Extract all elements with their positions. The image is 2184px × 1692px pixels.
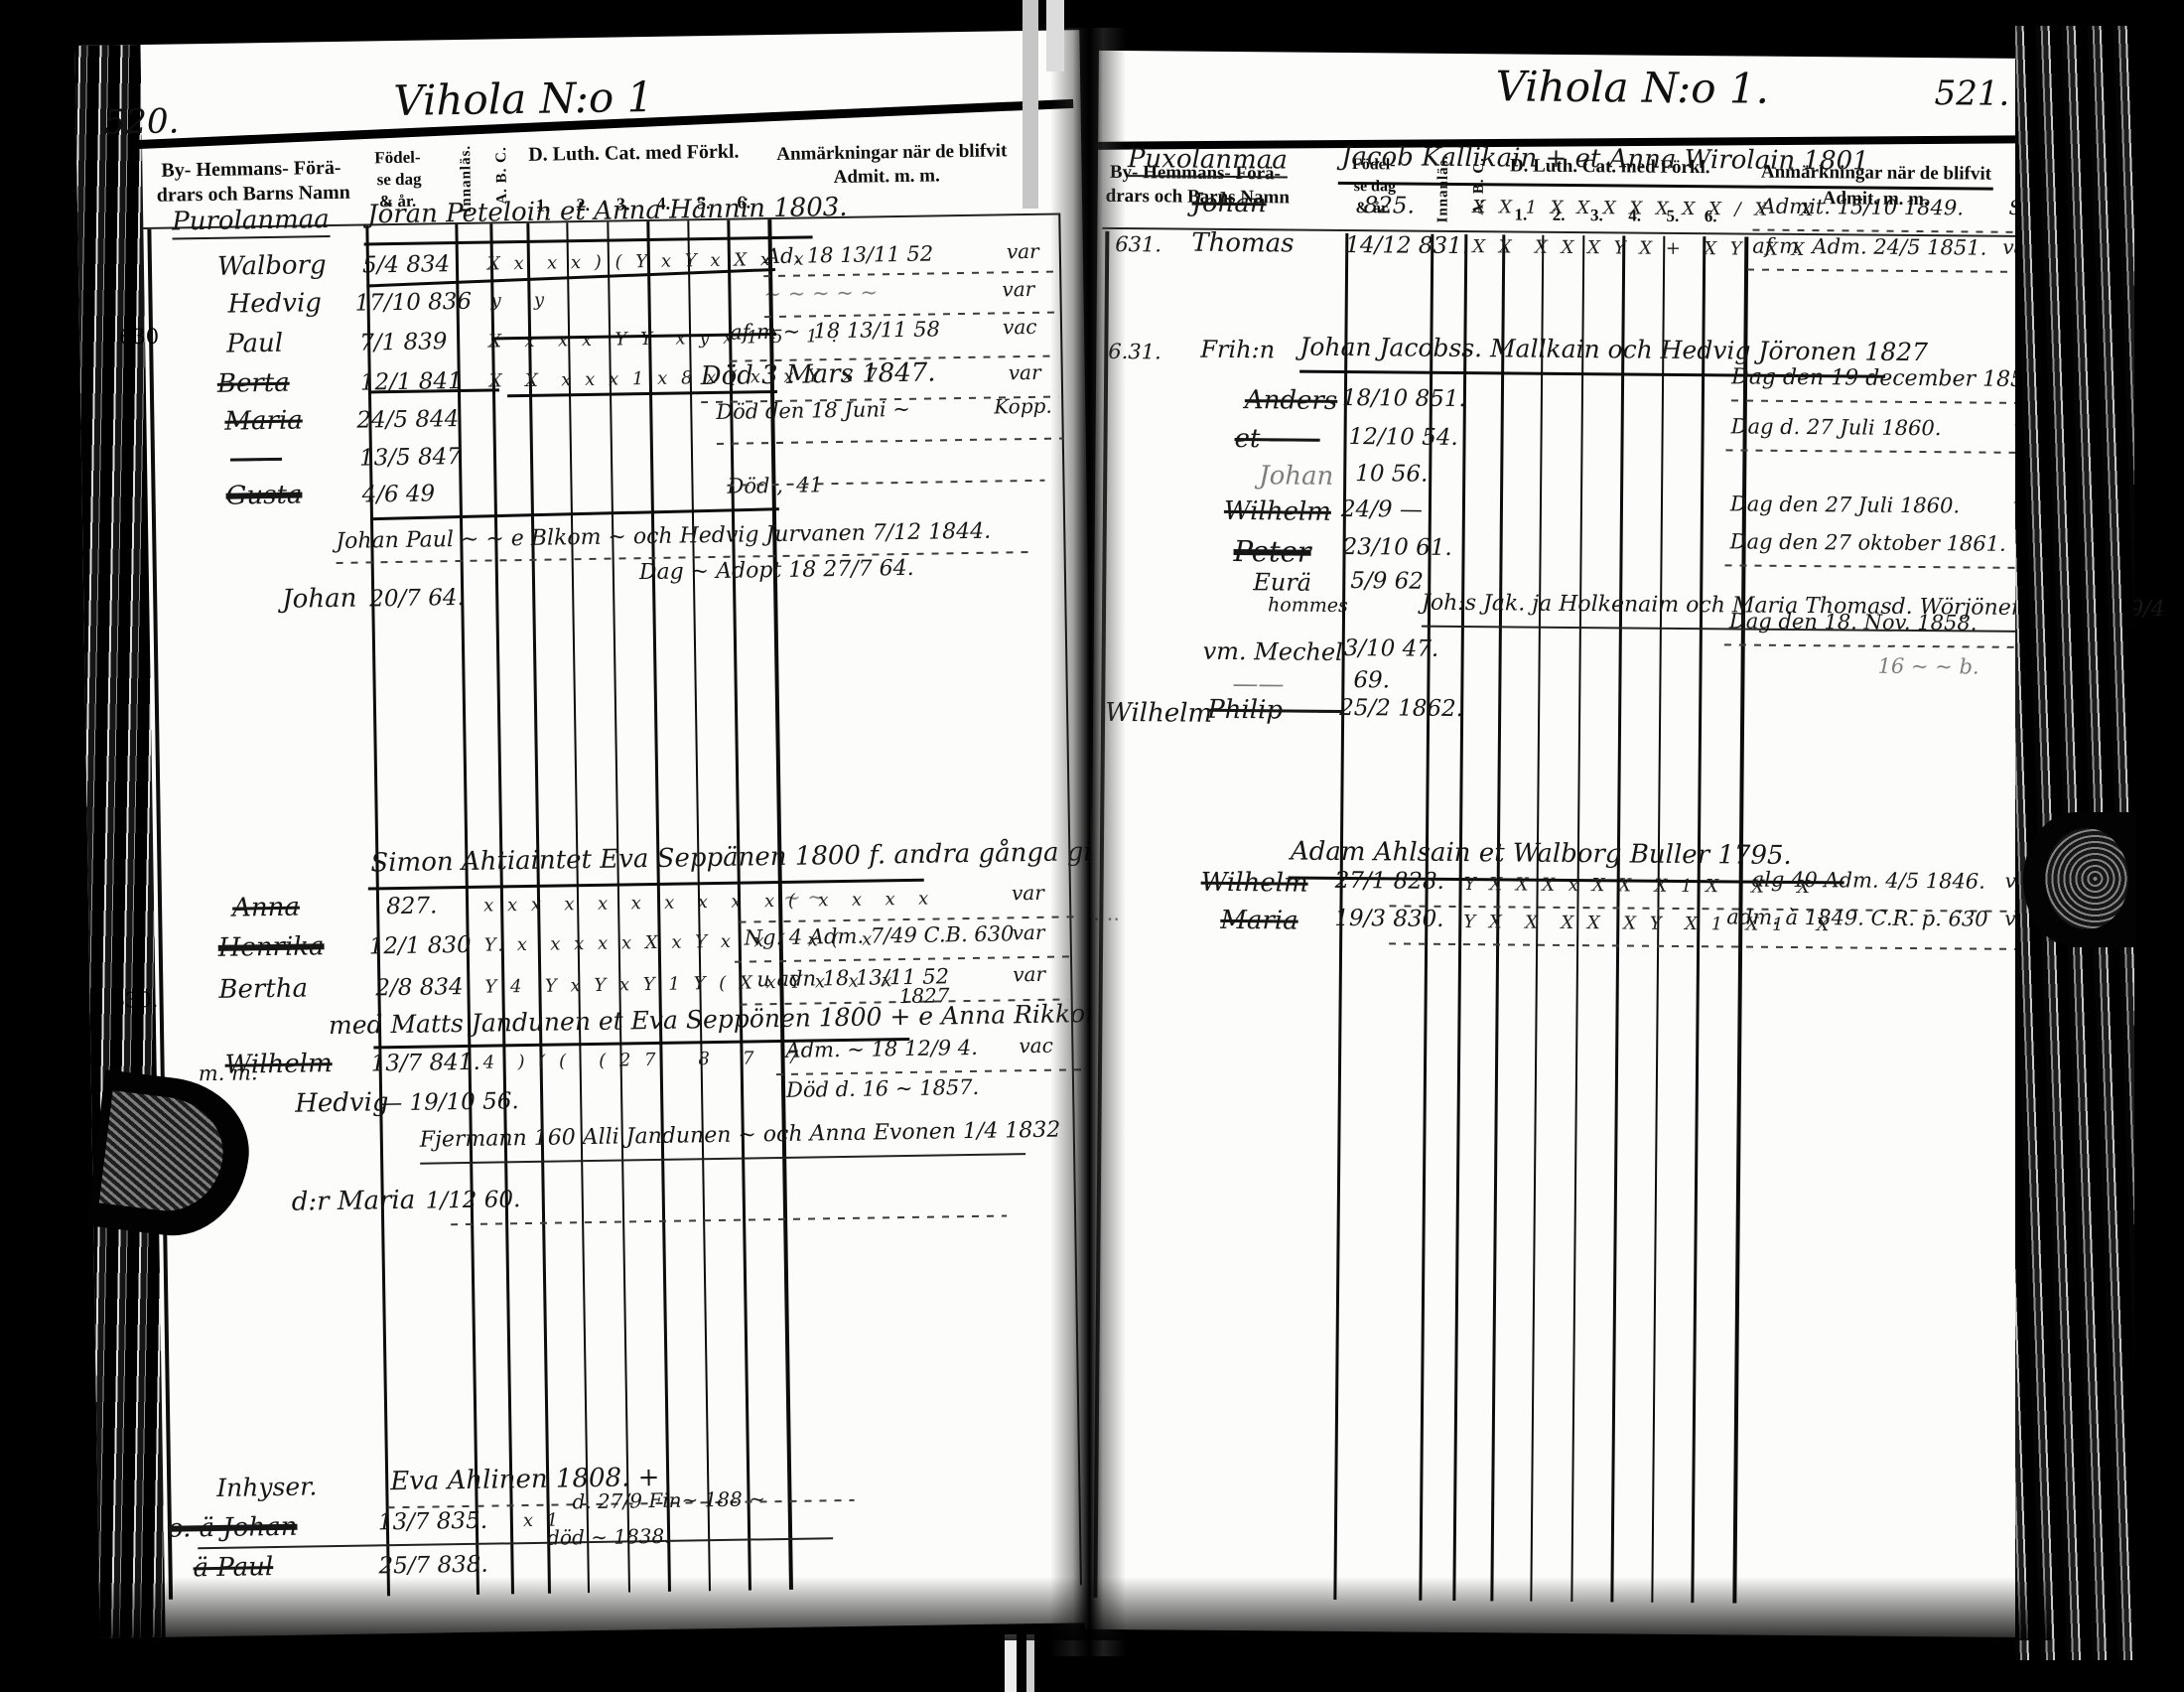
person-name: d:r Maria <box>292 1188 416 1216</box>
thumb-texture <box>99 1090 229 1217</box>
birth-date: 3/10 47. <box>1344 636 1439 661</box>
family-head: Johan Jacobss. Mallkain och Hedvig Jöron… <box>1299 335 1928 366</box>
bookmark-ribbon <box>1026 1634 1034 1692</box>
family-head: Simon Ahtiaintet Eva Seppänen 1800 f. an… <box>370 839 1120 878</box>
remark: Död 3 Mars 1847. <box>701 359 936 390</box>
person-name: Eurä <box>1253 570 1311 596</box>
catechism-marks: x x x x x x x x x x ( x x x x <box>483 891 932 916</box>
remark-flag: var <box>1002 279 1034 301</box>
remark-flag: var <box>1007 241 1039 263</box>
person-name: Thomas <box>1191 230 1294 258</box>
person-name: Anders <box>1245 387 1338 415</box>
right-page: Vihola N:o 1. 521. By- Hemmans- Förä- dr… <box>1085 51 2057 1637</box>
person-name: Hedvig <box>227 290 322 319</box>
remark-flag: var <box>1009 362 1041 384</box>
remark-flag: Kopp. <box>994 396 1052 418</box>
remark-flag: var <box>1013 964 1045 986</box>
remark: ~ ~ <box>783 886 825 909</box>
remark-rule <box>451 1214 1007 1225</box>
person-name: Maria <box>1220 908 1298 935</box>
birth-date: 23/10 61. <box>1342 535 1451 560</box>
margin-number: 630 <box>119 325 159 350</box>
birth-date: 14/12 831. <box>1345 233 1469 258</box>
birth-date: 4/6 49 <box>361 482 435 506</box>
note-line: Fjermann 160 Alli Jandunen ~ och Anna Ev… <box>420 1119 1061 1152</box>
birth-date: 825. <box>1363 194 1414 218</box>
person-name: Johan <box>1259 463 1333 491</box>
remark: af m ~ 18 13/11 58 <box>730 318 940 343</box>
birth-date: 25/7 838. <box>378 1553 488 1579</box>
col-header-abc: A. B. C. <box>493 146 511 205</box>
remark: Dag den 27 Juli 1860. <box>1730 493 1960 516</box>
remark: Admit. 15/10 1849. <box>1761 196 1965 219</box>
birth-date: 2/8 834 <box>375 975 464 1001</box>
family-head: Adam Ahlsain et Walborg Buller 1795. <box>1291 839 1792 871</box>
bookmark-ribbon <box>1046 0 1064 71</box>
birth-date: 20/7 64. <box>369 586 465 612</box>
bookmark-ribbon <box>1023 0 1038 209</box>
person-name: —— <box>230 446 282 474</box>
remark-rule <box>1747 269 2045 274</box>
remark: adm. à 1849. C.R. p. 630 <box>1726 906 1987 929</box>
family-subhead: med Matts Jandunen et Eva Seppönen 1800 … <box>329 1000 1133 1039</box>
person-name: Bertha <box>218 975 308 1004</box>
person-name: Wilhelm <box>1224 498 1331 526</box>
gutter-shadow <box>1050 28 1126 1656</box>
remark: d. 27/9 Fin~ 188 ~ <box>572 1488 765 1512</box>
col-header-names: By- Hemmans- Förä- <box>161 157 341 183</box>
person-name: Johan <box>282 586 356 614</box>
head-underline <box>364 235 813 245</box>
note-line: Johan Paul ~ ~ e Blkom ~ och Hedvig Jurv… <box>336 520 991 553</box>
col-header-birth: Födel- <box>374 148 421 169</box>
remark-rule <box>1731 399 2059 404</box>
birth-date: 25/2 1862. <box>1339 696 1463 721</box>
remark-flag: var <box>1012 883 1044 905</box>
head-underline <box>368 879 924 891</box>
birth-date: 827. <box>386 894 438 918</box>
family-place: Purolanmaa <box>172 207 330 240</box>
birth-date: — 19/10 56. <box>379 1089 519 1115</box>
remark: Ad. 18 13/11 52 <box>765 242 934 267</box>
note-rule <box>420 1153 1025 1165</box>
col-header-remarks: Admit. m. m. <box>833 165 939 189</box>
remark: Dag den 18. Nov. 1858. <box>1729 610 1978 634</box>
person-name: Philip —— <box>1207 697 1342 725</box>
margin-number: 630. <box>111 988 158 1013</box>
family-place: Inhyser. <box>216 1474 317 1501</box>
person-name: Gusta <box>225 483 302 511</box>
remark: Dag den 19 december 1851. <box>1731 365 2045 391</box>
scanned-register-spread: 520. Vihola N:o 1 By- Hemmans- Förä- dra… <box>0 0 2184 1692</box>
person-name: Wilhelm <box>1201 870 1308 898</box>
col-header-remarks: Anmärkningar när de blifvit <box>776 140 1007 166</box>
birth-date: 13/5 847 <box>359 445 462 471</box>
birth-date: 13/7 835. <box>378 1509 488 1535</box>
person-name: Walborg <box>217 252 327 281</box>
family-place: Puxolanmaa <box>1128 146 1288 179</box>
page-number: 521. <box>1934 73 2009 114</box>
remark: Adm. ~ 18 12/9 4. <box>785 1037 978 1061</box>
remark-rule <box>717 437 1064 444</box>
birth-date: 27/1 828. <box>1335 869 1444 894</box>
remark-flag: vac <box>1019 1036 1053 1057</box>
remark-rule <box>776 1068 1084 1075</box>
birth-date: 10 56. <box>1355 462 1428 487</box>
remark-rule <box>1724 564 2062 569</box>
left-page: 520. Vihola N:o 1 By- Hemmans- Förä- dra… <box>74 30 1104 1638</box>
person-name: Wilhelm <box>224 1051 332 1079</box>
bookmark-ribbon <box>1005 1634 1017 1692</box>
remark: 16 ~ ~ b. <box>1877 655 1979 678</box>
family-subhead-year: 1827 <box>898 985 949 1007</box>
person-name: Maria <box>224 407 303 436</box>
remark: Dag d. 27 Juli 1860. <box>1731 415 1942 439</box>
birth-date: 13/7 841. <box>370 1051 480 1076</box>
note-line: Dag ~ Adopt 18 27/7 64. <box>639 557 914 584</box>
person-name: Peter <box>1233 536 1310 567</box>
person-name: Johan <box>1191 191 1266 218</box>
remark: Död d. 16 ~ 1857. <box>786 1076 980 1101</box>
remark: alg 40 Adm. 4/5 1846. <box>1752 869 1985 893</box>
remark: död ~ 1838. <box>547 1526 671 1549</box>
birth-date: 7/1 839 <box>359 330 448 355</box>
remark: Ng. 4 Adm. 7/49 C.B. 630 <box>744 922 1014 948</box>
person-name: o. ä Johan <box>168 1514 298 1543</box>
thumb <box>2023 812 2136 947</box>
page-number: 520. <box>103 101 179 142</box>
person-name: Henrika <box>218 933 325 962</box>
remark-flag: var <box>1012 922 1044 944</box>
birth-date: 24/9 — <box>1341 497 1423 522</box>
birth-date: 12/10 54. <box>1348 425 1457 450</box>
remark-rule <box>1389 942 2034 950</box>
row-rule <box>507 390 777 397</box>
family-head-prefix: Frih:n <box>1200 338 1275 363</box>
remark: ~ ~ ~ ~ ~ <box>763 281 878 305</box>
person-name: Berta <box>217 370 290 398</box>
remark-rule <box>1725 449 2053 454</box>
thumb-texture <box>2045 828 2128 929</box>
remark-flag: vac <box>1003 317 1037 339</box>
page-title: Vihola N:o 1. <box>1495 62 1769 112</box>
birth-date: 5/9 62 <box>1350 569 1424 594</box>
person-name: et —— <box>1234 426 1319 454</box>
birth-date: 69. <box>1353 668 1390 692</box>
person-subname: hommes <box>1268 596 1348 617</box>
person-name: Paul <box>226 331 283 358</box>
birth-date: 24/5 844 <box>356 407 459 433</box>
birth-date: 19/3 830. <box>1334 907 1443 931</box>
catechism-marks: y y <box>490 292 548 312</box>
page-title: Vihola N:o 1 <box>393 72 654 125</box>
col-header-catechism: D. Luth. Cat. med Förkl. <box>528 141 740 167</box>
family-head: Jacob Kallikain + et Anna Wirolain 1801 <box>1341 144 1869 176</box>
catechism-marks: 4 ) ( ( ( 2 7 8 7 7 <box>482 1050 802 1073</box>
col-header-names: drars och Barns Namn <box>157 182 350 208</box>
birth-date: 12/1 830 <box>369 933 472 959</box>
birth-date: 5/4 834 <box>362 252 451 278</box>
person-name: Anna <box>232 895 300 922</box>
birth-date: 1/12 60. <box>426 1188 521 1213</box>
remark: af m Adm. 24/5 1851. <box>1752 235 1986 259</box>
family-head: Jöran Peteloin et Anna Hännin 1803. <box>367 195 848 229</box>
col-header-birth: se dag <box>376 170 421 191</box>
person-name: vm. Mechel <box>1203 639 1343 665</box>
remark-rule <box>1724 643 2042 648</box>
bottom-shadow <box>87 1577 2051 1640</box>
birth-date: 18/10 851. <box>1342 386 1466 411</box>
birth-date: 17/10 836 <box>354 290 472 316</box>
person-name: Hedvig <box>295 1089 389 1118</box>
row-rule <box>370 507 779 520</box>
remark: Dag den 27 oktober 1861. <box>1730 530 2006 554</box>
